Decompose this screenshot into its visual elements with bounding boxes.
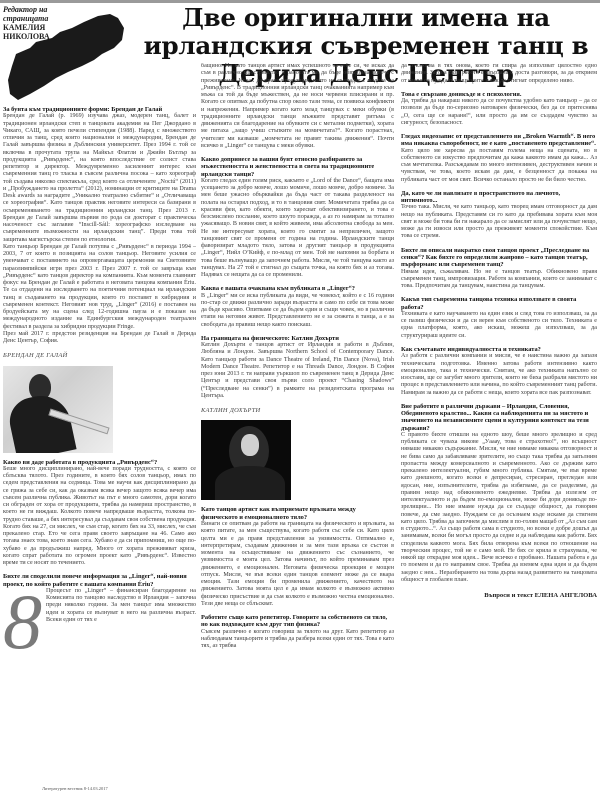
question: Работите също като репетитор. Говорите з…: [201, 614, 394, 629]
question: Гледах видеозапис от представлението ви …: [401, 133, 597, 148]
section-logo: Сцена: [6, 14, 126, 100]
paragraph: Катлин Дохърти е танцов артист от Ирланд…: [201, 342, 394, 400]
article-column-1: За бунта към традиционните форми: Бренда…: [3, 106, 196, 800]
paragraph: Точно така. Мисля, че като танцьор, като…: [401, 204, 597, 240]
article-column-3: да отключва в тях онова, което ги спира …: [401, 63, 597, 800]
paragraph: Беше много дисциплинирано, най-вече пора…: [3, 466, 196, 568]
photo-caption: КАТЛИН ДОХЪРТИ: [201, 407, 394, 414]
photo-kathleen-doherty: [201, 420, 291, 500]
paragraph: Като цяло ме харесва да поставям голема …: [401, 148, 597, 184]
question: Вие работите в различни държави – Ирланд…: [401, 403, 597, 432]
paragraph: Да, трябва да накараш някого да се почув…: [401, 98, 597, 127]
paragraph: Съвсем различно е когато говориш за тяло…: [201, 629, 394, 651]
paragraph: Като танцьор Брендан де Галай потупва с …: [3, 244, 196, 331]
paragraph: Когато гледах един голям риск, какъвто е…: [201, 178, 394, 280]
paragraph: През май 2017 г. предстои резиденция на …: [3, 331, 196, 346]
paragraph: Брендан де Галай (р. 1969) изучава джаз,…: [3, 113, 196, 244]
author-signature: Въпроси и текст ЕЛЕНА АНГЕЛОВА: [401, 592, 597, 599]
photo-brendan-de-gallai: [3, 366, 113, 453]
footer-note: Литературен вестник 8-14.03.2017: [42, 786, 108, 791]
article-column-2: бащино. Но като танцов артист имах успеш…: [201, 63, 394, 800]
photo-caption: БРЕНДАН ДЕ ГАЛАЙ: [3, 352, 196, 359]
paragraph: В „Linger“ ми се иска публиката да види,…: [201, 293, 394, 329]
torn-paper-icon: Сцена: [6, 14, 126, 100]
paragraph: Нямам идея, съжалявам. Но не е танцов те…: [401, 269, 597, 291]
question: Това е свързано донякъде и с психология.: [401, 91, 597, 98]
paragraph: Аз работя с различни компании и мисля, ч…: [401, 353, 597, 397]
question: Да, като че ли навлизате в пространствот…: [401, 190, 597, 205]
paragraph: С правото бихте отишли на едното шоу, бе…: [401, 432, 597, 584]
paragraph: бащино. Но като танцов артист имах успеш…: [201, 63, 394, 150]
paragraph: Винаги се опитвам да работя на границата…: [201, 521, 394, 608]
paragraph: Техниката е като научаването на един ези…: [401, 311, 597, 340]
paragraph: да отключва в тях онова, което ги спира …: [401, 63, 597, 85]
question: Какво ви даде работата в продукцията „Ри…: [3, 459, 196, 466]
question: Какъв тип съвременна танцова техника изп…: [401, 296, 597, 311]
page-number: 8: [3, 590, 43, 654]
question: Бихте ли описали накратко своя танцов пр…: [401, 247, 597, 269]
question: Какво допринесе за вашия бунт относно ра…: [201, 156, 394, 178]
question: Като танцов артист как възприемате връзк…: [201, 506, 394, 521]
question: Каква е вашата очаквана към публиката в …: [201, 285, 394, 292]
